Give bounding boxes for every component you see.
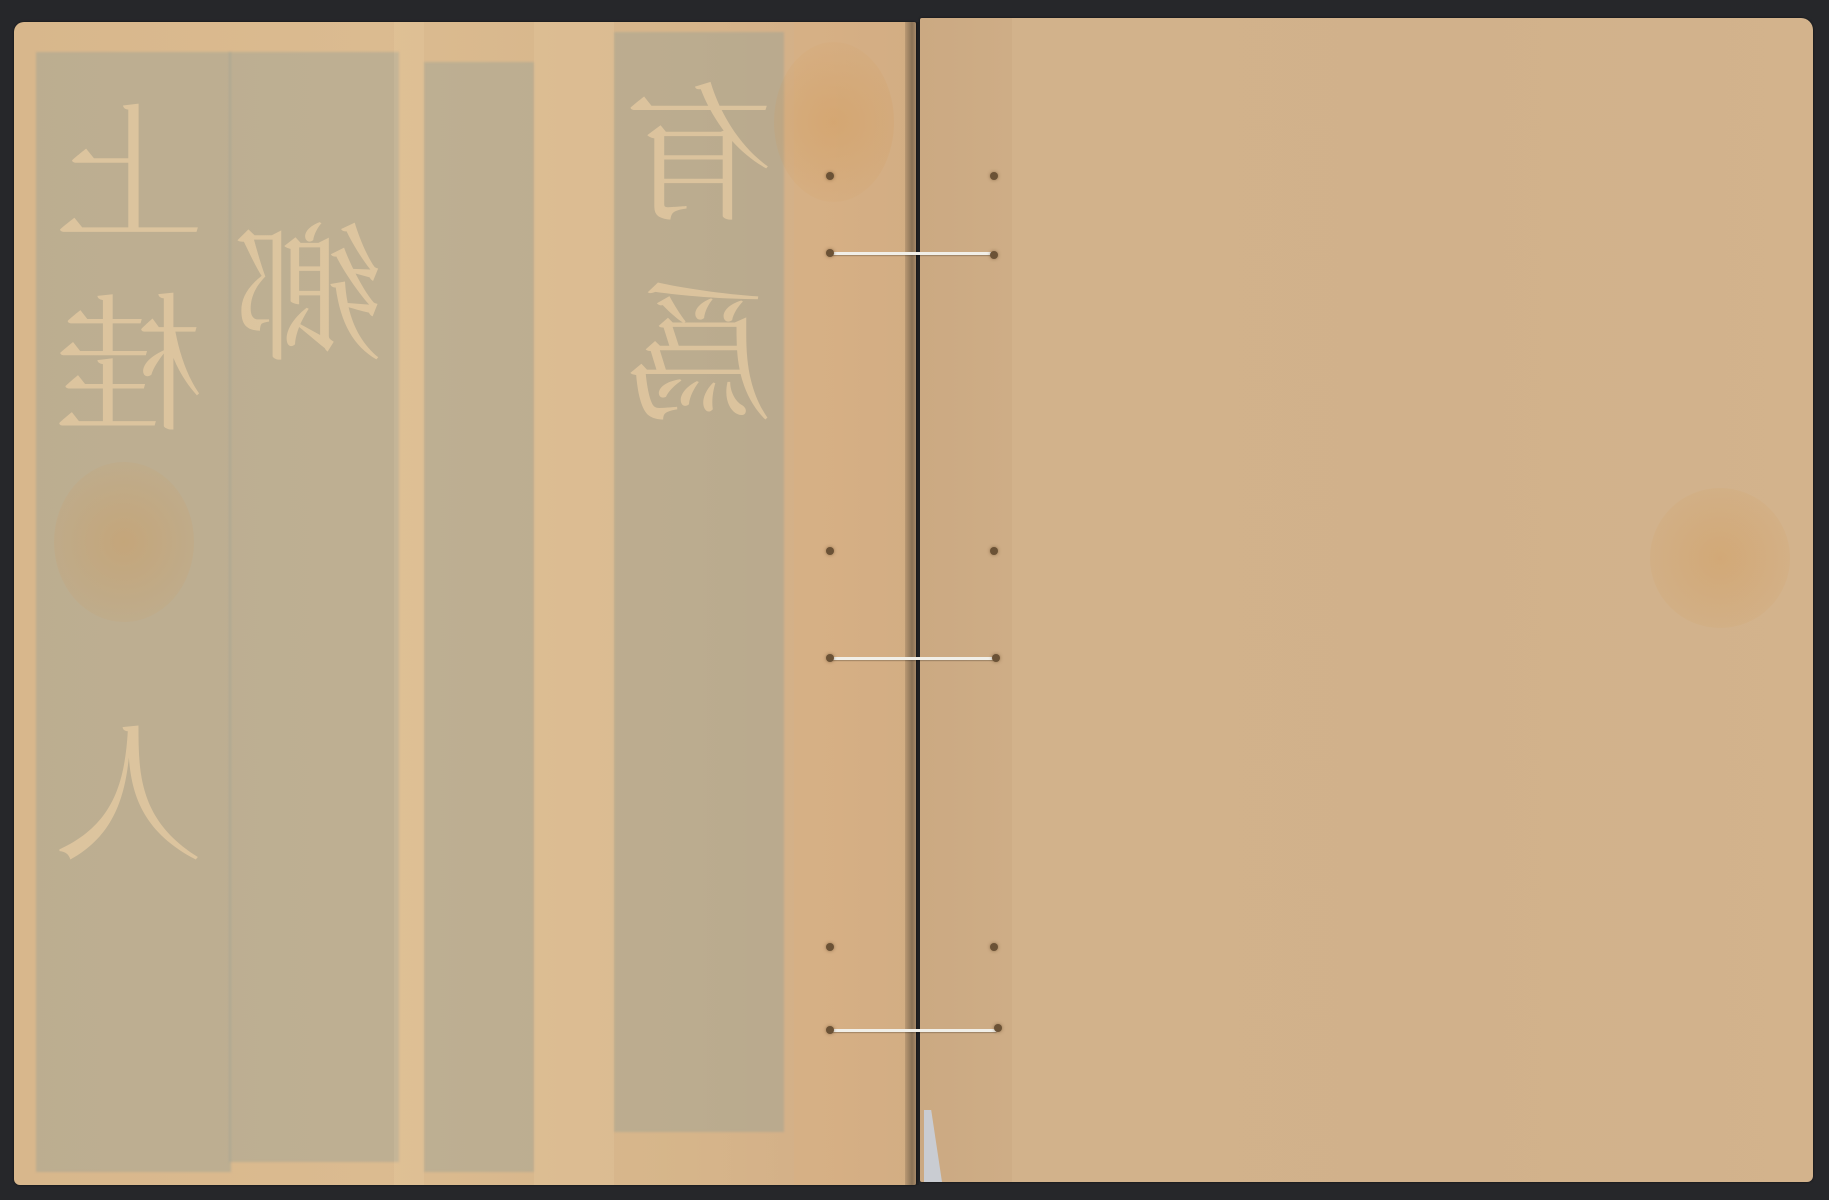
bleed-char: 上 bbox=[54, 102, 204, 252]
binding-thread bbox=[830, 657, 995, 660]
right-page bbox=[920, 18, 1813, 1182]
bleed-char: 鄉 bbox=[234, 222, 384, 372]
binding-thread bbox=[830, 252, 993, 255]
gutter bbox=[905, 22, 919, 1185]
binding-hole bbox=[992, 654, 1000, 662]
binding-hole bbox=[990, 251, 998, 259]
binding-hole bbox=[826, 943, 834, 951]
binding-hole bbox=[826, 547, 834, 555]
stain bbox=[774, 42, 894, 202]
binding-thread bbox=[830, 1029, 997, 1032]
bleed-char: 爲 bbox=[624, 282, 774, 432]
bleed-char: 有 bbox=[624, 82, 774, 232]
bleed-char: 桂 bbox=[54, 292, 204, 442]
stain bbox=[54, 462, 194, 622]
binding-hole bbox=[826, 654, 834, 662]
binding-hole bbox=[990, 547, 998, 555]
binding-hole bbox=[826, 172, 834, 180]
binding-hole bbox=[990, 943, 998, 951]
bleed-char: 人 bbox=[54, 722, 204, 872]
margin-band bbox=[534, 22, 614, 1185]
stain bbox=[1650, 488, 1790, 628]
binding-hole bbox=[990, 172, 998, 180]
margin-band bbox=[394, 22, 424, 1185]
spine-margin bbox=[920, 18, 1012, 1182]
binding-hole bbox=[826, 1026, 834, 1034]
binding-hole bbox=[826, 249, 834, 257]
bleed-column-3 bbox=[424, 62, 534, 1172]
left-page: 上 桂 人 鄉 有 爲 bbox=[14, 22, 916, 1185]
binding-hole bbox=[994, 1024, 1002, 1032]
